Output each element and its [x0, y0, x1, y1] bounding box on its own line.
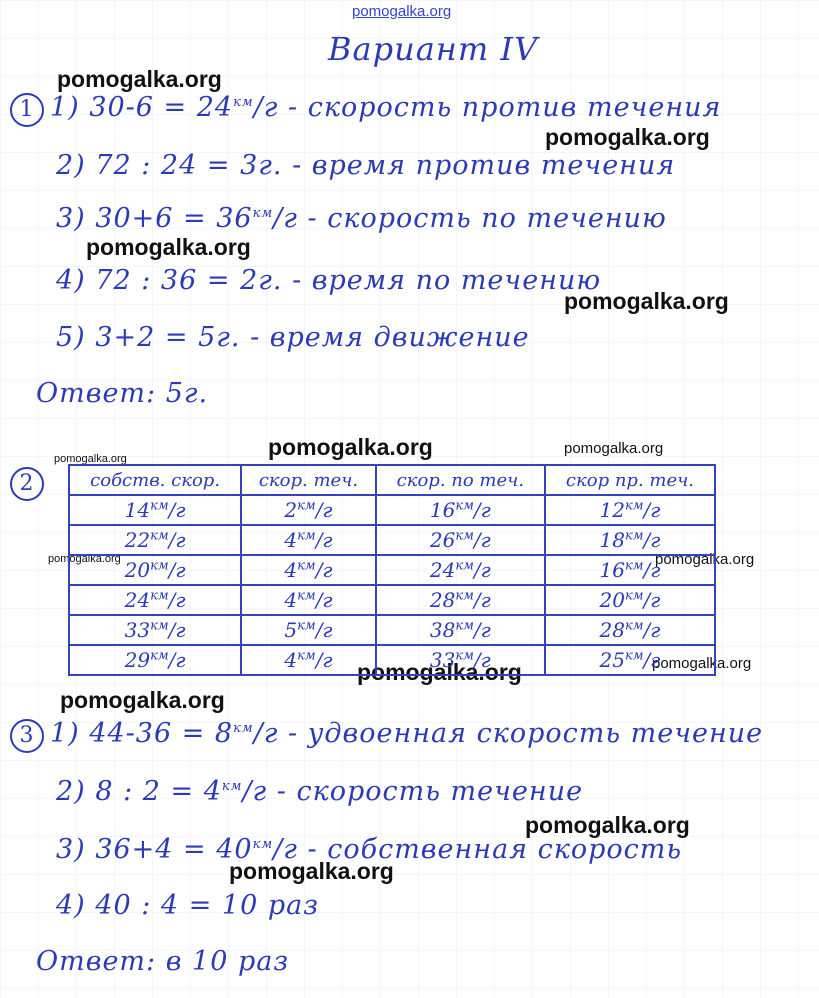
watermark: pomogalka.org	[545, 124, 710, 151]
task2-number: 2	[10, 466, 50, 501]
table-cell: 29км/г	[69, 645, 241, 675]
table-cell: 4км/г	[241, 585, 376, 615]
task-number-badge: 2	[10, 467, 44, 501]
table-cell: 18км/г	[545, 525, 715, 555]
task1-step: 11) 30-6 = 24км/г - скорость против тече…	[10, 92, 721, 127]
task1-step: 4) 72 : 36 = 2г. - время по течению	[56, 265, 601, 296]
table-header: скор. теч.	[241, 465, 376, 495]
table-cell: 14км/г	[69, 495, 241, 525]
watermark: pomogalka.org	[268, 434, 433, 461]
table-cell: 28км/г	[376, 585, 545, 615]
task3-answer: Ответ: в 10 раз	[36, 946, 289, 977]
task1-step: 3) 30+6 = 36км/г - скорость по течению	[56, 203, 667, 234]
table-cell: 38км/г	[376, 615, 545, 645]
table-cell: 5км/г	[241, 615, 376, 645]
task1-step: 2) 72 : 24 = 3г. - время против течения	[56, 150, 675, 181]
task-number-badge: 1	[10, 93, 44, 127]
table-cell: 20км/г	[545, 585, 715, 615]
table-cell: 22км/г	[69, 525, 241, 555]
task-number-badge: 3	[10, 719, 44, 753]
table-cell: 4км/г	[241, 555, 376, 585]
table-row: 24км/г4км/г28км/г20км/г	[69, 585, 715, 615]
table-cell: 25км/г	[545, 645, 715, 675]
table-cell: 28км/г	[545, 615, 715, 645]
table-header: собств. скор.	[69, 465, 241, 495]
watermark: pomogalka.org	[564, 440, 663, 457]
table-cell: 26км/г	[376, 525, 545, 555]
table-cell: 16км/г	[376, 495, 545, 525]
table-row: 14км/г2км/г16км/г12км/г	[69, 495, 715, 525]
table-cell: 4км/г	[241, 525, 376, 555]
task1-step: 5) 3+2 = 5г. - время движение	[56, 322, 530, 353]
watermark: pomogalka.org	[57, 66, 222, 93]
table-row: 22км/г4км/г26км/г18км/г	[69, 525, 715, 555]
watermark: pomogalka.org	[60, 687, 225, 714]
table-cell: 12км/г	[545, 495, 715, 525]
table-row: 20км/г4км/г24км/г16км/г	[69, 555, 715, 585]
table-cell: 20км/г	[69, 555, 241, 585]
watermark: pomogalka.org	[352, 3, 451, 20]
task3-step: 31) 44-36 = 8км/г - удвоенная скорость т…	[10, 718, 763, 753]
table-cell: 4км/г	[241, 645, 376, 675]
table-cell: 2км/г	[241, 495, 376, 525]
task3-step: 3) 36+4 = 40км/г - собственная скорость	[56, 834, 682, 865]
table-cell: 33км/г	[376, 645, 545, 675]
table-cell: 33км/г	[69, 615, 241, 645]
page-title: Вариант IV	[328, 30, 538, 68]
table-header: скор пр. теч.	[545, 465, 715, 495]
table-row: 29км/г4км/г33км/г25км/г	[69, 645, 715, 675]
table-cell: 16км/г	[545, 555, 715, 585]
watermark: pomogalka.org	[86, 234, 251, 261]
table-row: 33км/г5км/г38км/г28км/г	[69, 615, 715, 645]
task3-step: 2) 8 : 2 = 4км/г - скорость течение	[56, 776, 583, 807]
table-cell: 24км/г	[376, 555, 545, 585]
table-cell: 24км/г	[69, 585, 241, 615]
task3-step: 4) 40 : 4 = 10 раз	[56, 890, 319, 921]
task1-answer: Ответ: 5г.	[36, 378, 208, 409]
table-header: скор. по теч.	[376, 465, 545, 495]
speed-table: собств. скор.скор. теч.скор. по теч.скор…	[68, 464, 716, 676]
